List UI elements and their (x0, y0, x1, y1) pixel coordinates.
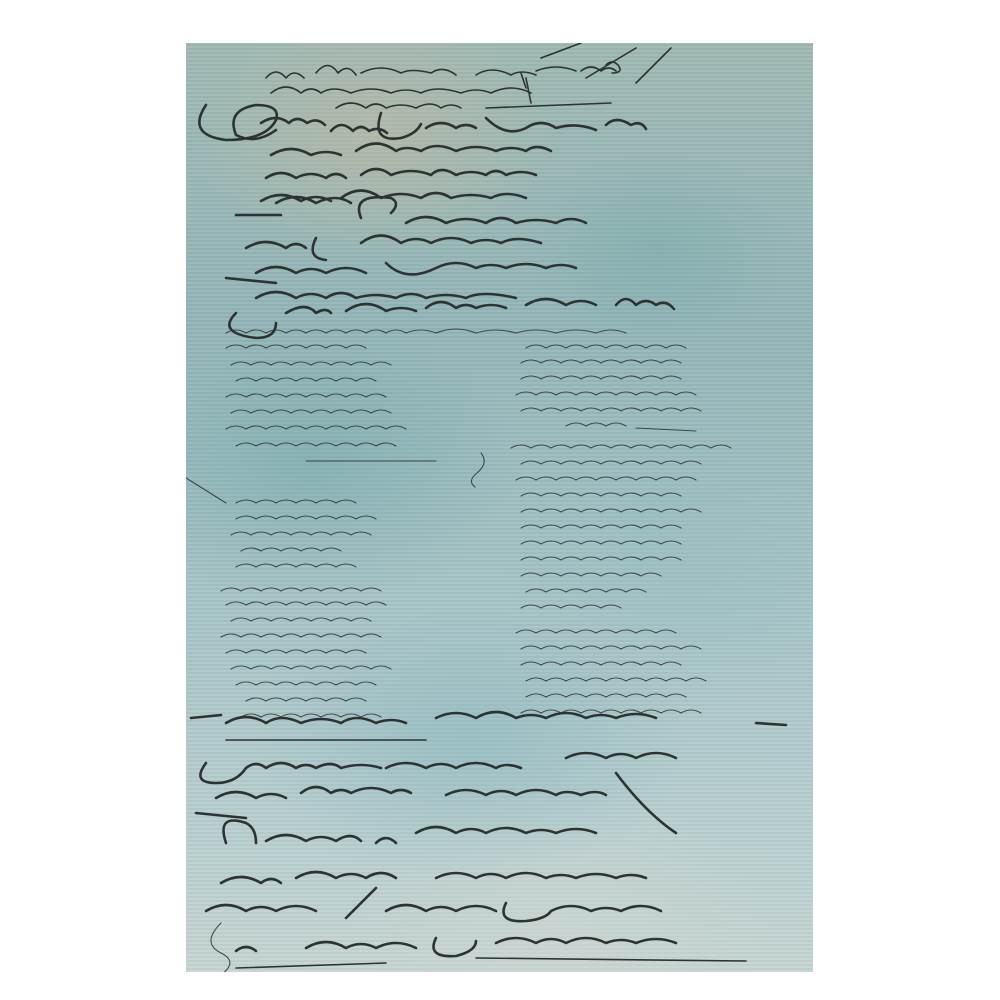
calligraphy-pattern (186, 43, 813, 972)
rug (186, 43, 813, 972)
